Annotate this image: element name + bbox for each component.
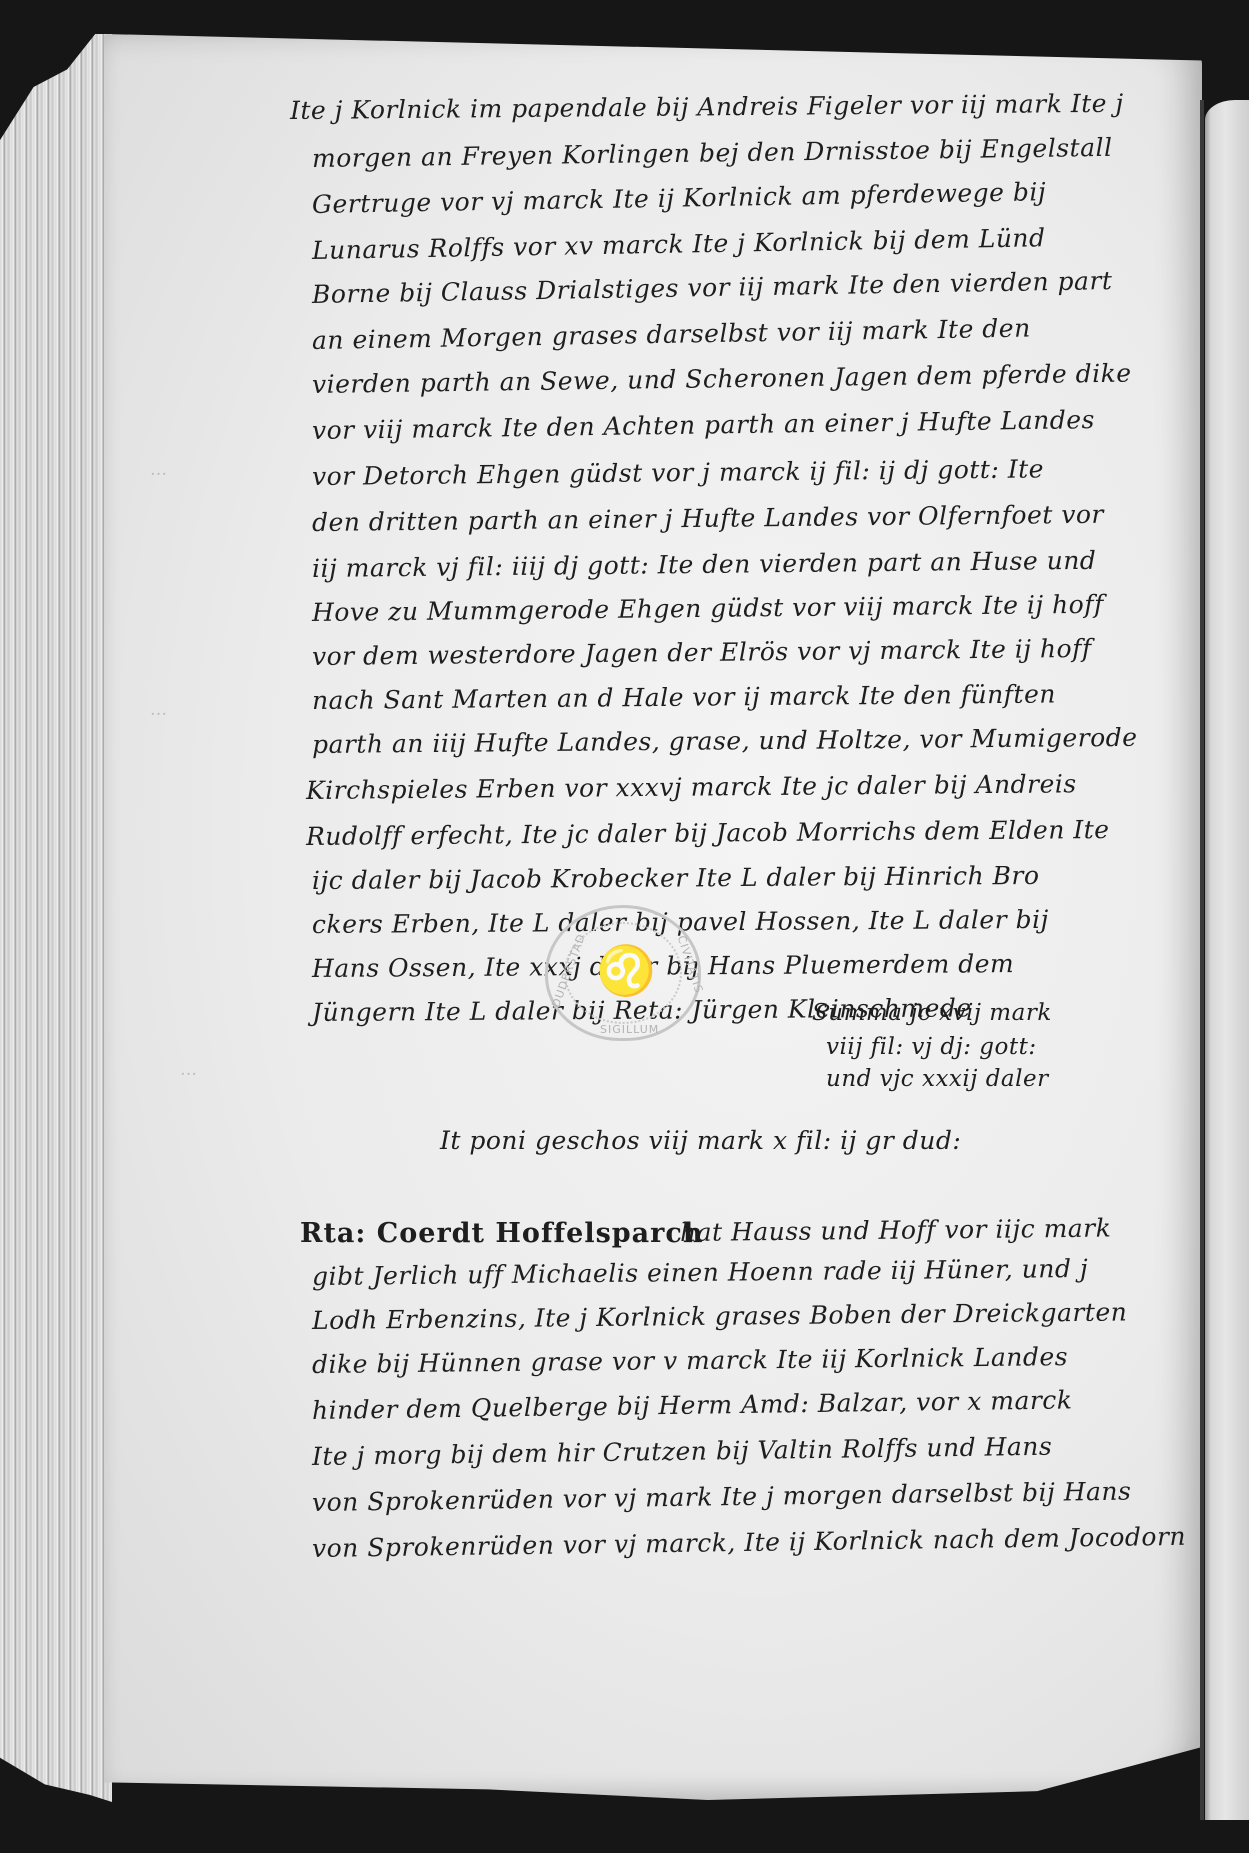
text-line: ijc daler bij Jacob Krobecker Ite L dale… [312, 861, 1040, 895]
text-line: hat Hauss und Hoff vor iijc mark [680, 1213, 1112, 1247]
page-stack-edges [0, 34, 112, 1802]
sum-line: und vjc xxxij daler [826, 1066, 1049, 1092]
margin-note-faint: … [180, 1060, 197, 1080]
archive-seal-stamp: ♌ DUDERSTAD CIVITATIS SIGILLUM [545, 905, 701, 1041]
tax-total-line: It poni geschos viij mark x fil: ij gr d… [440, 1126, 961, 1155]
sum-line: Summa jc xvij mark [812, 1000, 1052, 1026]
entry-heading: Rta: Coerdt Hoffelsparch [300, 1218, 703, 1249]
book-gutter [1200, 100, 1204, 1820]
facing-page-edge [1205, 100, 1249, 1820]
margin-note-faint: … [150, 460, 167, 480]
seal-legend-bottom: SIGILLUM [600, 1023, 659, 1036]
sum-line: viij fil: vj dj: gott: [826, 1034, 1037, 1060]
margin-note-faint: … [150, 700, 167, 720]
manuscript-scan: … … … Ite j Korlnick im papendale bij An… [0, 0, 1249, 1853]
lion-emblem-icon: ♌ [596, 942, 650, 1000]
